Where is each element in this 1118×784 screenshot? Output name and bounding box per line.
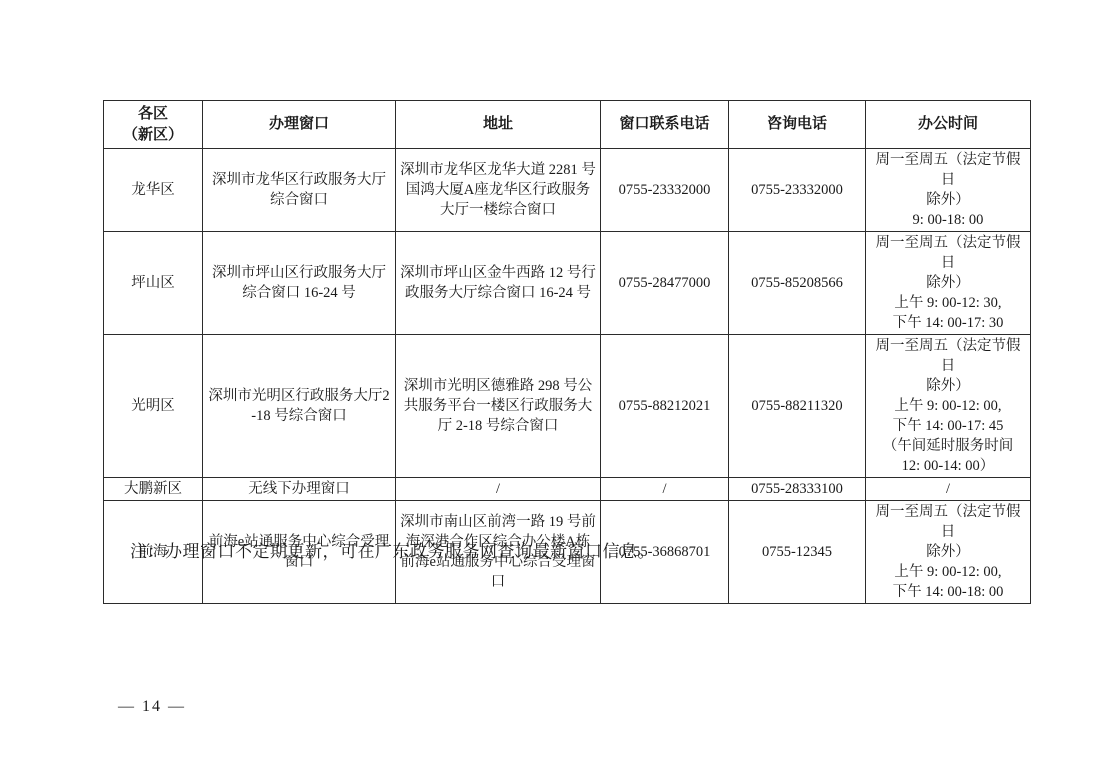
cell-district: 坪山区 xyxy=(104,232,203,335)
service-window-table: 各区 （新区） 办理窗口 地址 窗口联系电话 咨询电话 办公时间 龙华区 深圳市… xyxy=(103,100,1031,604)
cell-consult-phone: 0755-23332000 xyxy=(729,149,866,232)
header-office-hours: 办公时间 xyxy=(866,101,1031,149)
cell-address: 深圳市坪山区金牛西路 12 号行政服务大厅综合窗口 16-24 号 xyxy=(396,232,601,335)
cell-office-hours: 周一至周五（法定节假日 除外） 上午 9: 00-12: 00, 下午 14: … xyxy=(866,335,1031,478)
table-row: 光明区 深圳市光明区行政服务大厅2-18 号综合窗口 深圳市光明区德雅路 298… xyxy=(104,335,1031,478)
footnote: 注：办理窗口不定期更新，可在广东政务服务网查询最新窗口信息。 xyxy=(130,540,655,564)
header-district: 各区 （新区） xyxy=(104,101,203,149)
cell-district: 龙华区 xyxy=(104,149,203,232)
cell-window: 深圳市光明区行政服务大厅2-18 号综合窗口 xyxy=(203,335,396,478)
cell-office-hours: 周一至周五（法定节假日 除外） 上午 9: 00-12: 00, 下午 14: … xyxy=(866,501,1031,604)
cell-address: 深圳市光明区德雅路 298 号公共服务平台一楼区行政服务大厅 2-18 号综合窗… xyxy=(396,335,601,478)
header-address: 地址 xyxy=(396,101,601,149)
cell-office-hours: / xyxy=(866,478,1031,501)
cell-window-phone: 0755-88212021 xyxy=(601,335,729,478)
cell-window-phone: 0755-28477000 xyxy=(601,232,729,335)
cell-consult-phone: 0755-28333100 xyxy=(729,478,866,501)
table-row: 龙华区 深圳市龙华区行政服务大厅综合窗口 深圳市龙华区龙华大道 2281 号国鸿… xyxy=(104,149,1031,232)
cell-consult-phone: 0755-85208566 xyxy=(729,232,866,335)
document-page: 各区 （新区） 办理窗口 地址 窗口联系电话 咨询电话 办公时间 龙华区 深圳市… xyxy=(0,0,1118,784)
cell-window-phone: / xyxy=(601,478,729,501)
header-window: 办理窗口 xyxy=(203,101,396,149)
cell-window: 深圳市龙华区行政服务大厅综合窗口 xyxy=(203,149,396,232)
cell-window-phone: 0755-23332000 xyxy=(601,149,729,232)
cell-office-hours: 周一至周五（法定节假日 除外） 9: 00-18: 00 xyxy=(866,149,1031,232)
header-window-phone: 窗口联系电话 xyxy=(601,101,729,149)
cell-address: / xyxy=(396,478,601,501)
cell-address: 深圳市龙华区龙华大道 2281 号国鸿大厦A座龙华区行政服务大厅一楼综合窗口 xyxy=(396,149,601,232)
header-consult-phone: 咨询电话 xyxy=(729,101,866,149)
cell-consult-phone: 0755-12345 xyxy=(729,501,866,604)
cell-office-hours: 周一至周五（法定节假日 除外） 上午 9: 00-12: 30, 下午 14: … xyxy=(866,232,1031,335)
table-row: 坪山区 深圳市坪山区行政服务大厅综合窗口 16-24 号 深圳市坪山区金牛西路 … xyxy=(104,232,1031,335)
table-row: 大鹏新区 无线下办理窗口 / / 0755-28333100 / xyxy=(104,478,1031,501)
cell-consult-phone: 0755-88211320 xyxy=(729,335,866,478)
cell-window: 无线下办理窗口 xyxy=(203,478,396,501)
table-header-row: 各区 （新区） 办理窗口 地址 窗口联系电话 咨询电话 办公时间 xyxy=(104,101,1031,149)
cell-district: 光明区 xyxy=(104,335,203,478)
cell-district: 大鹏新区 xyxy=(104,478,203,501)
cell-window: 深圳市坪山区行政服务大厅综合窗口 16-24 号 xyxy=(203,232,396,335)
page-number: — 14 — xyxy=(118,698,186,716)
